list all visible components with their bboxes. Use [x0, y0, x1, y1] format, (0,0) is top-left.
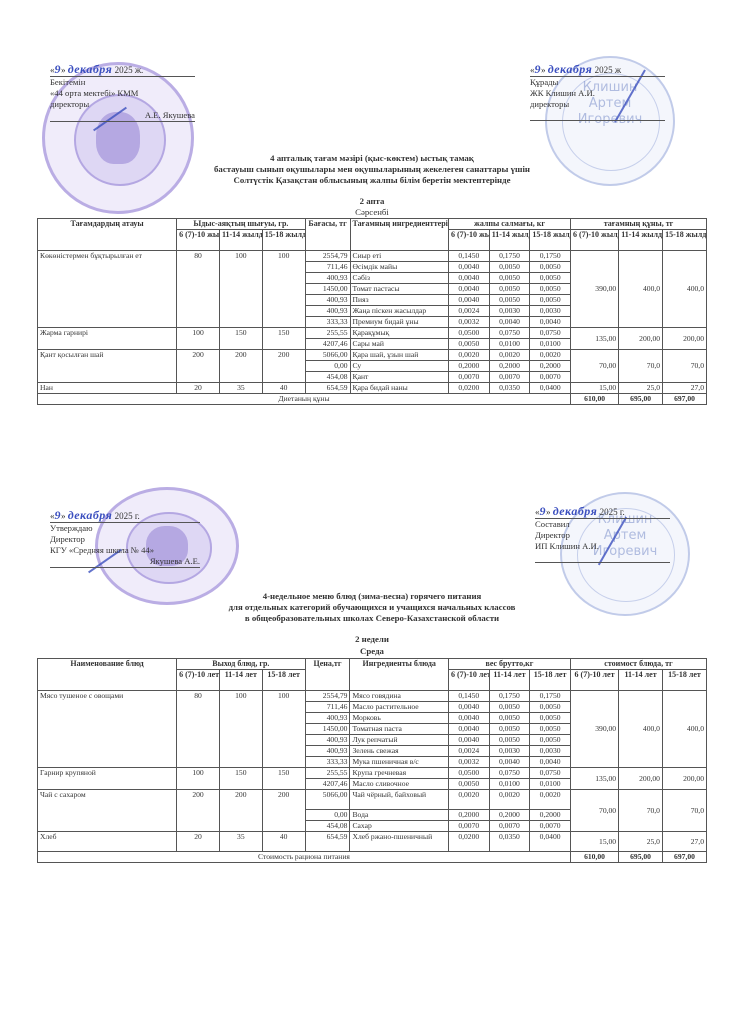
dish-cost: 15,00: [571, 383, 619, 394]
dish-cost: 200,00: [619, 768, 663, 790]
total-cost: 697,00: [663, 394, 707, 405]
dish-cost: 70,0: [663, 350, 707, 383]
header-age-group: 11-14 лет: [219, 670, 262, 691]
dish-cost: 25,0: [619, 383, 663, 394]
ingredient-weight: 0,0030: [530, 306, 571, 317]
approval-line-1: Құрады: [530, 77, 665, 88]
ingredient-weight: 0,0020: [489, 350, 530, 361]
header-age-group: 11-14 лет: [619, 670, 663, 691]
ingredient-weight: 0,0050: [530, 713, 571, 724]
ingredient-price: 0,00: [305, 361, 350, 372]
ingredient-weight: 0,0050: [489, 295, 530, 306]
ingredient-weight: 0,0050: [489, 262, 530, 273]
ingredient-price: 400,93: [305, 735, 350, 746]
ingredient-price: 5066,00: [305, 350, 350, 361]
dish-yield: 100: [262, 251, 305, 328]
ingredient-weight: 0,0050: [489, 724, 530, 735]
dish-cost: 200,00: [619, 328, 663, 350]
header-dish-name: Наименование блюд: [38, 659, 177, 691]
table-row: Хлеб203540654,59Хлеб ржано-пшеничный0,02…: [38, 832, 707, 852]
ingredient-weight: 0,1450: [448, 691, 489, 702]
header-age-group: 15-18 лет: [662, 670, 706, 691]
header-gross-weight: вес брутто,кг: [448, 659, 570, 670]
ingredient-name: Томат пастасы: [350, 284, 448, 295]
table-row: Қант қосылған шай2002002005066,00Қара ша…: [38, 350, 707, 361]
dish-yield: 100: [177, 768, 220, 790]
ingredient-weight: 0,0750: [530, 768, 571, 779]
ingredient-name: Хлеб ржано-пшеничный: [350, 832, 448, 852]
ingredient-weight: 0,0040: [449, 262, 490, 273]
dish-yield: 35: [219, 383, 262, 394]
dish-cost: 390,00: [570, 691, 618, 768]
dish-yield: 80: [177, 691, 220, 768]
approval-line-2: Директор: [535, 530, 670, 541]
dish-yield: 200: [177, 350, 220, 383]
ingredient-weight: 0,0750: [489, 328, 530, 339]
header-price: Бағасы, тг: [305, 219, 350, 251]
ingredient-name: Зелень свежая: [350, 746, 448, 757]
ingredient-weight: 0,0100: [489, 339, 530, 350]
ingredient-weight: 0,0070: [449, 372, 490, 383]
dish-yield: 80: [177, 251, 220, 328]
ingredient-weight: 0,0500: [449, 328, 490, 339]
ingredient-name: Өсімдік майы: [350, 262, 448, 273]
ingredient-weight: 0,0040: [448, 735, 489, 746]
approval-line-1: Бекітемін: [50, 77, 195, 88]
header-gross-weight: жалпы салмағы, кг: [449, 219, 571, 230]
total-cost: 610,00: [570, 852, 618, 863]
menu-title: 4-недельное меню блюд (зима-весна) горяч…: [0, 591, 744, 624]
ingredient-weight: 0,0050: [489, 735, 530, 746]
approval-signer: А.Е. Якушева: [50, 110, 195, 122]
ingredient-weight: 0,1750: [489, 251, 530, 262]
header-age-group: 6 (7)-10 лет: [570, 670, 618, 691]
menu-title: 4 апталық тағам мәзірі (қыс-көктем) ысты…: [0, 153, 744, 186]
ingredient-weight: 0,0050: [489, 713, 530, 724]
ingredient-weight: 0,0020: [448, 790, 489, 810]
ingredient-weight: 0,0040: [449, 284, 490, 295]
dish-cost: 70,0: [662, 790, 706, 832]
approval-date: «9» декабря 2025 ж.: [50, 64, 195, 77]
ingredient-price: 711,46: [305, 702, 350, 713]
ingredient-name: Су: [350, 361, 448, 372]
dish-cost: 27,0: [662, 832, 706, 852]
dish-cost: 400,0: [619, 691, 663, 768]
dish-cost: 400,0: [663, 251, 707, 328]
dish-cost: 27,0: [663, 383, 707, 394]
header-ingredients: Ингредиенты блюда: [350, 659, 448, 691]
dish-name: Чай с сахаром: [38, 790, 177, 832]
ingredient-price: 711,46: [305, 262, 350, 273]
dish-yield: 100: [219, 691, 262, 768]
ingredient-name: Сары май: [350, 339, 448, 350]
ingredient-weight: 0,0750: [489, 768, 530, 779]
ingredient-weight: 0,2000: [530, 361, 571, 372]
dish-cost: 200,00: [662, 768, 706, 790]
dish-cost: 70,00: [570, 790, 618, 832]
ingredient-weight: 0,0024: [448, 746, 489, 757]
dish-name: Гарнир крупяной: [38, 768, 177, 790]
ingredient-weight: 0,0040: [530, 757, 571, 768]
ingredient-name: Пияз: [350, 295, 448, 306]
ingredient-weight: 0,0050: [448, 779, 489, 790]
ingredient-name: Масло сливочное: [350, 779, 448, 790]
header-dish-cost: стоимост блюда, тг: [570, 659, 706, 670]
ingredient-weight: 0,0032: [449, 317, 490, 328]
dish-yield: 150: [262, 768, 305, 790]
ingredient-weight: 0,0400: [530, 832, 571, 852]
ingredient-name: Жаңа піскен жасылдар: [350, 306, 448, 317]
dish-cost: 200,00: [663, 328, 707, 350]
header-age-group: 15-18 лет: [530, 670, 571, 691]
ingredient-name: Мука пшеничная в/с: [350, 757, 448, 768]
approval-line-3: КГУ «Средняя школа № 44»: [50, 545, 200, 556]
ingredient-weight: 0,0200: [449, 383, 490, 394]
ingredient-weight: 0,0050: [530, 295, 571, 306]
ingredient-weight: 0,0030: [530, 746, 571, 757]
ingredient-weight: 0,0100: [530, 339, 571, 350]
ingredient-weight: 0,0040: [530, 317, 571, 328]
dish-yield: 40: [262, 832, 305, 852]
left-approval-block: «9» декабря 2025 г. Утверждаю Директор К…: [50, 510, 200, 568]
ingredient-price: 400,93: [305, 273, 350, 284]
header-yield: Ыдыс-аяқтың шығуы, гр.: [177, 219, 305, 230]
header-age-group: 15-18 лет: [262, 670, 305, 691]
total-cost: 697,00: [662, 852, 706, 863]
dish-cost: 390,00: [571, 251, 619, 328]
ingredient-price: 400,93: [305, 295, 350, 306]
table-row: Нан203540654,59Қара бидай наны0,02000,03…: [38, 383, 707, 394]
ingredient-weight: 0,0024: [449, 306, 490, 317]
ingredient-price: 654,59: [305, 832, 350, 852]
ingredient-weight: 0,0350: [489, 383, 530, 394]
approval-signer: Якушева А.Е.: [50, 556, 200, 568]
table-row: Гарнир крупяной100150150255,55Крупа греч…: [38, 768, 707, 779]
ingredient-name: Қара бидай наны: [350, 383, 448, 394]
header-age-group: 11-14 лет: [489, 670, 530, 691]
dish-cost: 135,00: [570, 768, 618, 790]
ingredient-price: 2554,79: [305, 691, 350, 702]
ingredient-weight: 0,2000: [530, 810, 571, 821]
ingredient-price: 2554,79: [305, 251, 350, 262]
ingredient-weight: 0,0100: [530, 779, 571, 790]
header-age-group: 6 (7)-10 лет: [448, 670, 489, 691]
dish-name: Нан: [38, 383, 177, 394]
ingredient-name: Томатная паста: [350, 724, 448, 735]
header-age-group: 6 (7)-10 жылдар: [571, 230, 619, 251]
ingredient-price: 654,59: [305, 383, 350, 394]
dish-yield: 200: [219, 790, 262, 832]
header-age-group: 15-18 жылдар: [663, 230, 707, 251]
dish-name: Қант қосылған шай: [38, 350, 177, 383]
header-age-group: 15-18 жылдар: [530, 230, 571, 251]
ingredient-weight: 0,0050: [449, 339, 490, 350]
ingredient-weight: 0,0032: [448, 757, 489, 768]
dish-name: Мясо тушеное с овощами: [38, 691, 177, 768]
ingredient-weight: 0,0070: [530, 372, 571, 383]
day-label: Сәрсенбі: [0, 207, 744, 218]
ingredient-name: Сиыр еті: [350, 251, 448, 262]
header-age-group: 6 (7)-10 жылдар: [177, 230, 220, 251]
dish-name: Көкөністермен бұқтырылған ет: [38, 251, 177, 328]
day-label: Среда: [0, 646, 744, 657]
dish-cost: 400,0: [662, 691, 706, 768]
ingredient-weight: 0,0030: [489, 746, 530, 757]
dish-cost: 70,0: [619, 350, 663, 383]
ingredient-weight: 0,0050: [489, 273, 530, 284]
ingredient-weight: 0,0020: [530, 790, 571, 810]
ingredient-weight: 0,1750: [530, 691, 571, 702]
approval-line-3: директоры: [530, 99, 665, 110]
ingredient-name: Масло растительное: [350, 702, 448, 713]
ingredient-name: Лук репчатый: [350, 735, 448, 746]
header-yield: Выход блюд, гр.: [177, 659, 305, 670]
ingredient-weight: 0,0020: [449, 350, 490, 361]
dish-yield: 200: [262, 350, 305, 383]
dish-cost: 70,00: [571, 350, 619, 383]
ingredient-weight: 0,2000: [489, 361, 530, 372]
ingredient-weight: 0,0500: [448, 768, 489, 779]
approval-line-3: ИП Клишин А.И.: [535, 541, 670, 552]
ingredient-weight: 0,2000: [489, 810, 530, 821]
approval-date: «9» декабря 2025 ж: [530, 64, 665, 77]
dish-name: Жарма гарнирі: [38, 328, 177, 350]
header-age-group: 6 (7)-10 лет: [177, 670, 220, 691]
header-age-group: 6 (7)-10 жылдар: [449, 230, 490, 251]
ingredient-weight: 0,0040: [489, 757, 530, 768]
table-row: Көкөністермен бұқтырылған ет801001002554…: [38, 251, 707, 262]
ingredient-weight: 0,1750: [489, 691, 530, 702]
total-label: Диетаның құны: [38, 394, 571, 405]
ingredient-name: Қара шай, ұзын шай: [350, 350, 448, 361]
ingredient-weight: 0,0050: [489, 284, 530, 295]
table-row: Чай с сахаром2002002005066,00Чай чёрный,…: [38, 790, 707, 810]
ingredient-name: Вода: [350, 810, 448, 821]
dish-yield: 20: [177, 832, 220, 852]
right-approval-block: «9» декабря 2025 ж Құрады ЖК Клишин А.И.…: [530, 64, 665, 121]
approval-line-2: Директор: [50, 534, 200, 545]
ingredient-weight: 0,0050: [530, 702, 571, 713]
header-dish-name: Тағамдардың атауы: [38, 219, 177, 251]
dish-cost: 15,00: [570, 832, 618, 852]
ingredient-name: Морковь: [350, 713, 448, 724]
week-label: 2 недели: [0, 634, 744, 645]
table-row: Мясо тушеное с овощами801001002554,79Мяс…: [38, 691, 707, 702]
dish-yield: 150: [262, 328, 305, 350]
ingredient-weight: 0,0070: [489, 372, 530, 383]
dish-cost: 25,0: [619, 832, 663, 852]
ingredient-weight: 0,0030: [489, 306, 530, 317]
ingredient-name: Қарақұмық: [350, 328, 448, 339]
ingredient-weight: 0,0040: [448, 713, 489, 724]
ingredient-name: Чай чёрный, байховый: [350, 790, 448, 810]
week-label: 2 апта: [0, 196, 744, 207]
ingredient-weight: 0,0040: [448, 724, 489, 735]
ingredient-weight: 0,0100: [489, 779, 530, 790]
menu-table: Тағамдардың атауыЫдыс-аяқтың шығуы, гр.Б…: [37, 218, 707, 405]
ingredient-weight: 0,2000: [449, 361, 490, 372]
ingredient-price: 4207,46: [305, 779, 350, 790]
approval-line-2: ЖК Клишин А.И.: [530, 88, 665, 99]
approval-date: «9» декабря 2025 г.: [535, 506, 670, 519]
ingredient-price: 4207,46: [305, 339, 350, 350]
dish-yield: 150: [219, 768, 262, 790]
ingredient-price: 454,08: [305, 821, 350, 832]
dish-yield: 150: [219, 328, 262, 350]
menu-table: Наименование блюдВыход блюд, гр.Цена,тгИ…: [37, 658, 707, 863]
left-approval-block: «9» декабря 2025 ж. Бекітемін «44 орта м…: [50, 64, 195, 122]
ingredient-price: 400,93: [305, 306, 350, 317]
ingredient-weight: 0,1450: [449, 251, 490, 262]
ingredient-name: Крупа гречневая: [350, 768, 448, 779]
ingredient-weight: 0,0040: [449, 295, 490, 306]
ingredient-price: 400,93: [305, 713, 350, 724]
dish-cost: 70,0: [619, 790, 663, 832]
approval-date: «9» декабря 2025 г.: [50, 510, 200, 523]
total-cost: 610,00: [571, 394, 619, 405]
ingredient-price: 333,33: [305, 757, 350, 768]
dish-yield: 200: [219, 350, 262, 383]
header-age-group: 11-14 жылдар: [619, 230, 663, 251]
ingredient-price: 333,33: [305, 317, 350, 328]
ingredient-weight: 0,0040: [489, 317, 530, 328]
ingredient-weight: 0,0070: [448, 821, 489, 832]
dish-yield: 35: [219, 832, 262, 852]
ingredient-weight: 0,0040: [449, 273, 490, 284]
total-label: Стоимость рациона питания: [38, 852, 571, 863]
ingredient-weight: 0,0070: [530, 821, 571, 832]
ingredient-weight: 0,1750: [530, 251, 571, 262]
ingredient-price: 0,00: [305, 810, 350, 821]
ingredient-price: 1450,00: [305, 724, 350, 735]
ingredient-name: Сәбіз: [350, 273, 448, 284]
right-approval-block: «9» декабря 2025 г. Составил Директор ИП…: [535, 506, 670, 563]
ingredient-weight: 0,0050: [489, 702, 530, 713]
ingredient-price: 255,55: [305, 328, 350, 339]
ingredient-weight: 0,2000: [448, 810, 489, 821]
dish-yield: 20: [177, 383, 220, 394]
approval-line-1: Составил: [535, 519, 670, 530]
dish-yield: 200: [177, 790, 220, 832]
dish-cost: 135,00: [571, 328, 619, 350]
ingredient-weight: 0,0050: [530, 273, 571, 284]
ingredient-price: 5066,00: [305, 790, 350, 810]
ingredient-weight: 0,0350: [489, 832, 530, 852]
ingredient-name: Сахар: [350, 821, 448, 832]
ingredient-weight: 0,0200: [448, 832, 489, 852]
header-dish-cost: тағамның құны, тг: [571, 219, 707, 230]
approval-line-3: директоры: [50, 99, 195, 110]
ingredient-weight: 0,0050: [530, 735, 571, 746]
header-age-group: 11-14 жылдар: [489, 230, 530, 251]
ingredient-weight: 0,0750: [530, 328, 571, 339]
header-price: Цена,тг: [305, 659, 350, 691]
ingredient-weight: 0,0050: [530, 262, 571, 273]
ingredient-price: 400,93: [305, 746, 350, 757]
dish-cost: 400,0: [619, 251, 663, 328]
ingredient-price: 454,08: [305, 372, 350, 383]
dish-yield: 100: [177, 328, 220, 350]
ingredient-weight: 0,0020: [489, 790, 530, 810]
ingredient-name: Премиум бидай ұны: [350, 317, 448, 328]
dish-yield: 100: [262, 691, 305, 768]
ingredient-weight: 0,0050: [530, 724, 571, 735]
header-age-group: 15-18 жылдар: [262, 230, 305, 251]
table-row: Жарма гарнирі100150150255,55Қарақұмық0,0…: [38, 328, 707, 339]
header-age-group: 11-14 жылдар: [219, 230, 262, 251]
approval-line-1: Утверждаю: [50, 523, 200, 534]
ingredient-weight: 0,0020: [530, 350, 571, 361]
ingredient-price: 1450,00: [305, 284, 350, 295]
dish-yield: 200: [262, 790, 305, 832]
ingredient-weight: 0,0050: [530, 284, 571, 295]
header-ingredients: Тағамның ингредиенттері: [350, 219, 448, 251]
ingredient-name: Мясо говядина: [350, 691, 448, 702]
dish-yield: 40: [262, 383, 305, 394]
ingredient-price: 255,55: [305, 768, 350, 779]
ingredient-weight: 0,0070: [489, 821, 530, 832]
ingredient-name: Қант: [350, 372, 448, 383]
ingredient-weight: 0,0040: [448, 702, 489, 713]
total-cost: 695,00: [619, 394, 663, 405]
ingredient-weight: 0,0400: [530, 383, 571, 394]
approval-line-2: «44 орта мектебі» КММ: [50, 88, 195, 99]
total-cost: 695,00: [619, 852, 663, 863]
dish-name: Хлеб: [38, 832, 177, 852]
dish-yield: 100: [219, 251, 262, 328]
